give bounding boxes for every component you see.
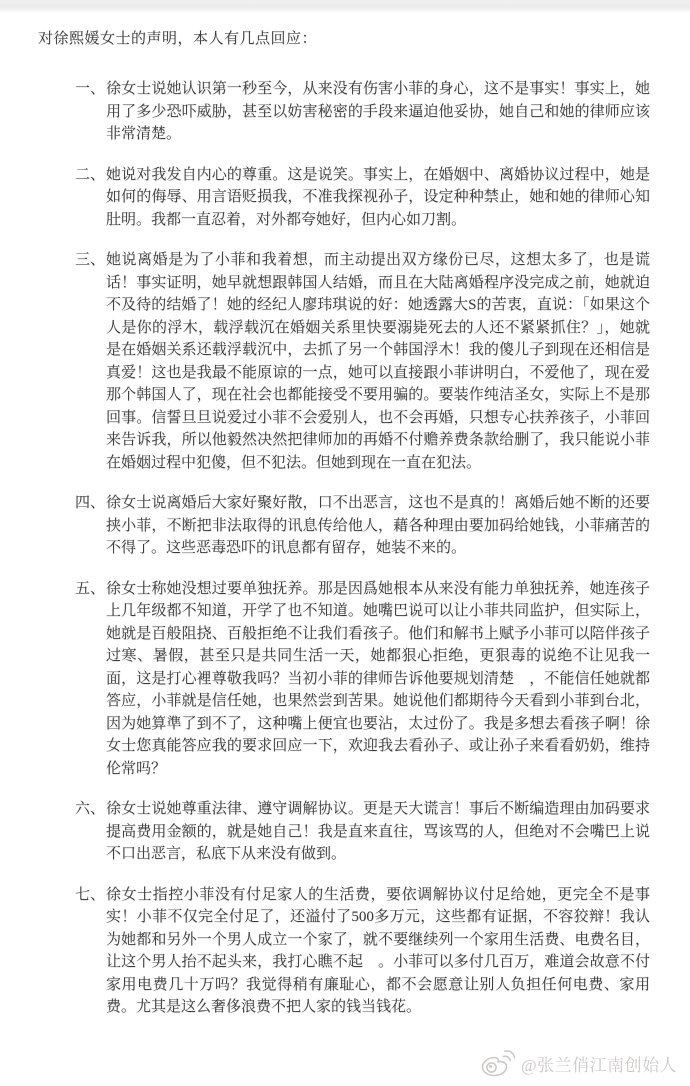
statement-point-3: 三、 她说离婚是为了小菲和我着想，而主动提出双方缘份已尽，这想太多了，也是谎话！… xyxy=(75,249,650,474)
statement-title: 对徐熙媛女士的声明，本人有几点回应： xyxy=(38,28,650,51)
point-number: 三、 xyxy=(75,249,106,474)
point-number: 四、 xyxy=(75,492,106,560)
statement-points: 一、 徐女士说她认识第一秒至今，从来没有伤害小菲的身心，这不是事实！事实上，她用… xyxy=(38,78,650,1019)
statement-point-1: 一、 徐女士说她认识第一秒至今，从来没有伤害小菲的身心，这不是事实！事实上，她用… xyxy=(75,78,650,146)
statement-point-2: 二、 她说对我发自内心的尊重。这是说笑。事实上，在婚姻中、离婚协议过程中，她是如… xyxy=(75,164,650,232)
point-text: 她说离婚是为了小菲和我着想，而主动提出双方缘份已尽，这想太多了，也是谎话！事实证… xyxy=(106,249,650,474)
point-number: 二、 xyxy=(75,164,106,232)
statement-point-6: 六、 徐女士说她尊重法律、遵守调解协议。更是天大谎言！事后不断编造理由加码要求提… xyxy=(75,798,650,866)
point-number: 一、 xyxy=(75,78,106,146)
point-number: 六、 xyxy=(75,798,106,866)
point-number: 七、 xyxy=(75,884,106,1019)
point-text: 徐女士指控小菲没有付足家人的生活费，要依调解协议付足给她，更完全不是事实！小菲不… xyxy=(106,884,650,1019)
watermark: @张兰俏江南创始人 xyxy=(480,1048,677,1078)
point-text: 徐女士说她尊重法律、遵守调解协议。更是天大谎言！事后不断编造理由加码要求提高费用… xyxy=(106,798,650,866)
weibo-logo-icon xyxy=(480,1048,516,1078)
point-text: 徐女士称她没想过要单独抚养。那是因爲她根本从来没有能力单独抚养，她连孩子上几年级… xyxy=(106,578,650,781)
point-number: 五、 xyxy=(75,578,106,781)
statement-point-7: 七、 徐女士指控小菲没有付足家人的生活费，要依调解协议付足给她，更完全不是事实！… xyxy=(75,884,650,1019)
point-text: 徐女士说她认识第一秒至今，从来没有伤害小菲的身心，这不是事实！事实上，她用了多少… xyxy=(106,78,650,146)
statement-point-4: 四、 徐女士说离婚后大家好聚好散，口不出恶言，这也不是真的！离婚后她不断的还要挟… xyxy=(75,492,650,560)
statement-document: 对徐熙媛女士的声明，本人有几点回应： 一、 徐女士说她认识第一秒至今，从来没有伤… xyxy=(38,28,650,1037)
top-strip xyxy=(0,0,690,13)
point-text: 她说对我发自内心的尊重。这是说笑。事实上，在婚姻中、离婚协议过程中，她是如何的侮… xyxy=(106,164,650,232)
statement-point-5: 五、 徐女士称她没想过要单独抚养。那是因爲她根本从来没有能力单独抚养，她连孩子上… xyxy=(75,578,650,781)
watermark-handle: @张兰俏江南创始人 xyxy=(521,1051,677,1076)
point-text: 徐女士说离婚后大家好聚好散，口不出恶言，这也不是真的！离婚后她不断的还要挟小菲，… xyxy=(106,492,650,560)
